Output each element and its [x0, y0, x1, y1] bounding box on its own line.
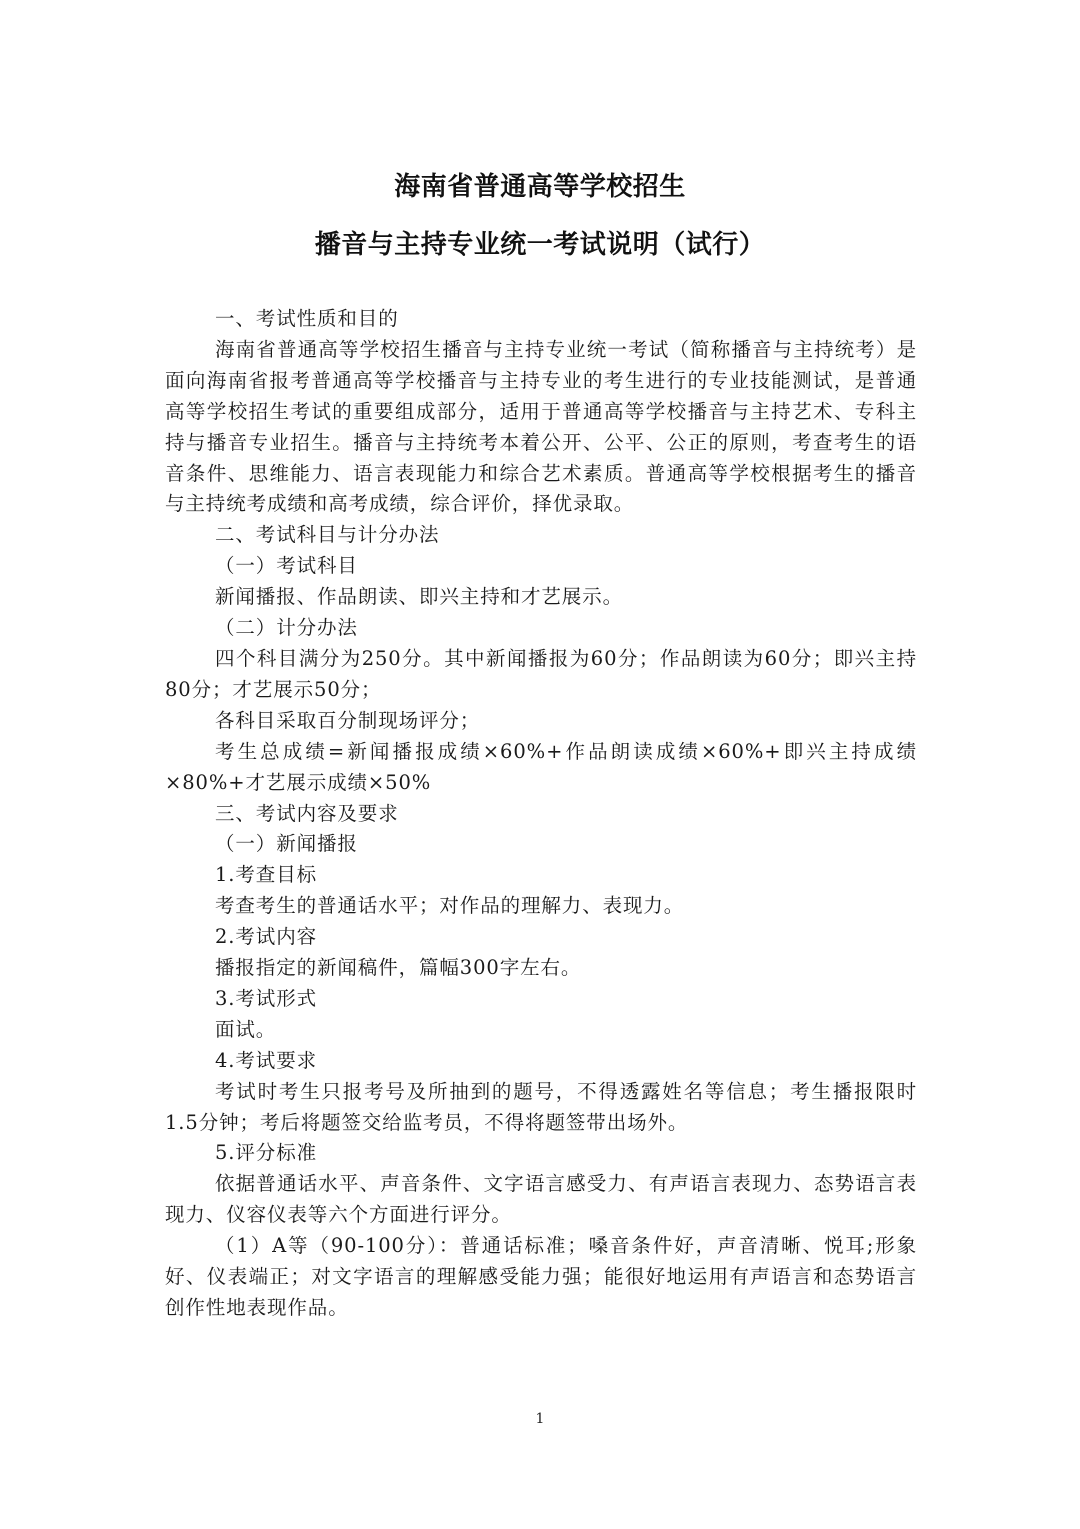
item-heading-grading-criteria: 5.评分标准 — [165, 1138, 917, 1169]
paragraph-total-score-formula: 考生总成绩=新闻播报成绩×60%+作品朗读成绩×60%+即兴主持成绩×80%+才… — [165, 737, 917, 799]
subheading-news-broadcast: （一）新闻播报 — [165, 829, 917, 860]
paragraph-format: 面试。 — [165, 1015, 917, 1046]
title-line-1: 海南省普通高等学校招生 — [0, 168, 1080, 226]
paragraph-content: 播报指定的新闻稿件，篇幅300字左右。 — [165, 953, 917, 984]
document-page: 海南省普通高等学校招生 播音与主持专业统一考试说明（试行） 一、考试性质和目的 … — [0, 0, 1080, 1529]
document-body: 一、考试性质和目的 海南省普通高等学校招生播音与主持专业统一考试（简称播音与主持… — [165, 304, 917, 1324]
document-title: 海南省普通高等学校招生 播音与主持专业统一考试说明（试行） — [0, 168, 1080, 284]
paragraph-percentage-scoring: 各科目采取百分制现场评分； — [165, 706, 917, 737]
section-heading-subjects-scoring: 二、考试科目与计分办法 — [165, 520, 917, 551]
paragraph-exam-nature: 海南省普通高等学校招生播音与主持专业统一考试（简称播音与主持统考）是面向海南省报… — [165, 335, 917, 520]
paragraph-subjects-list: 新闻播报、作品朗读、即兴主持和才艺展示。 — [165, 582, 917, 613]
paragraph-grading-aspects: 依据普通话水平、声音条件、文字语言感受力、有声语言表现力、态势语言表现力、仪容仪… — [165, 1169, 917, 1231]
subheading-exam-subjects: （一）考试科目 — [165, 551, 917, 582]
subheading-scoring-method: （二）计分办法 — [165, 613, 917, 644]
paragraph-score-allocation: 四个科目满分为250分。其中新闻播报为60分；作品朗读为60分；即兴主持80分；… — [165, 644, 917, 706]
section-heading-nature-purpose: 一、考试性质和目的 — [165, 304, 917, 335]
section-heading-content-requirements: 三、考试内容及要求 — [165, 799, 917, 830]
paragraph-grade-a: （1）A等（90-100分）：普通话标准；嗓音条件好，声音清晰、悦耳;形象好、仪… — [165, 1231, 917, 1324]
item-heading-requirements: 4.考试要求 — [165, 1046, 917, 1077]
paragraph-objective: 考查考生的普通话水平；对作品的理解力、表现力。 — [165, 891, 917, 922]
page-number: 1 — [0, 1411, 1080, 1427]
item-heading-content: 2.考试内容 — [165, 922, 917, 953]
title-line-2: 播音与主持专业统一考试说明（试行） — [0, 226, 1080, 284]
item-heading-objective: 1.考查目标 — [165, 860, 917, 891]
item-heading-format: 3.考试形式 — [165, 984, 917, 1015]
paragraph-requirements: 考试时考生只报考号及所抽到的题号，不得透露姓名等信息；考生播报限时1.5分钟；考… — [165, 1077, 917, 1139]
